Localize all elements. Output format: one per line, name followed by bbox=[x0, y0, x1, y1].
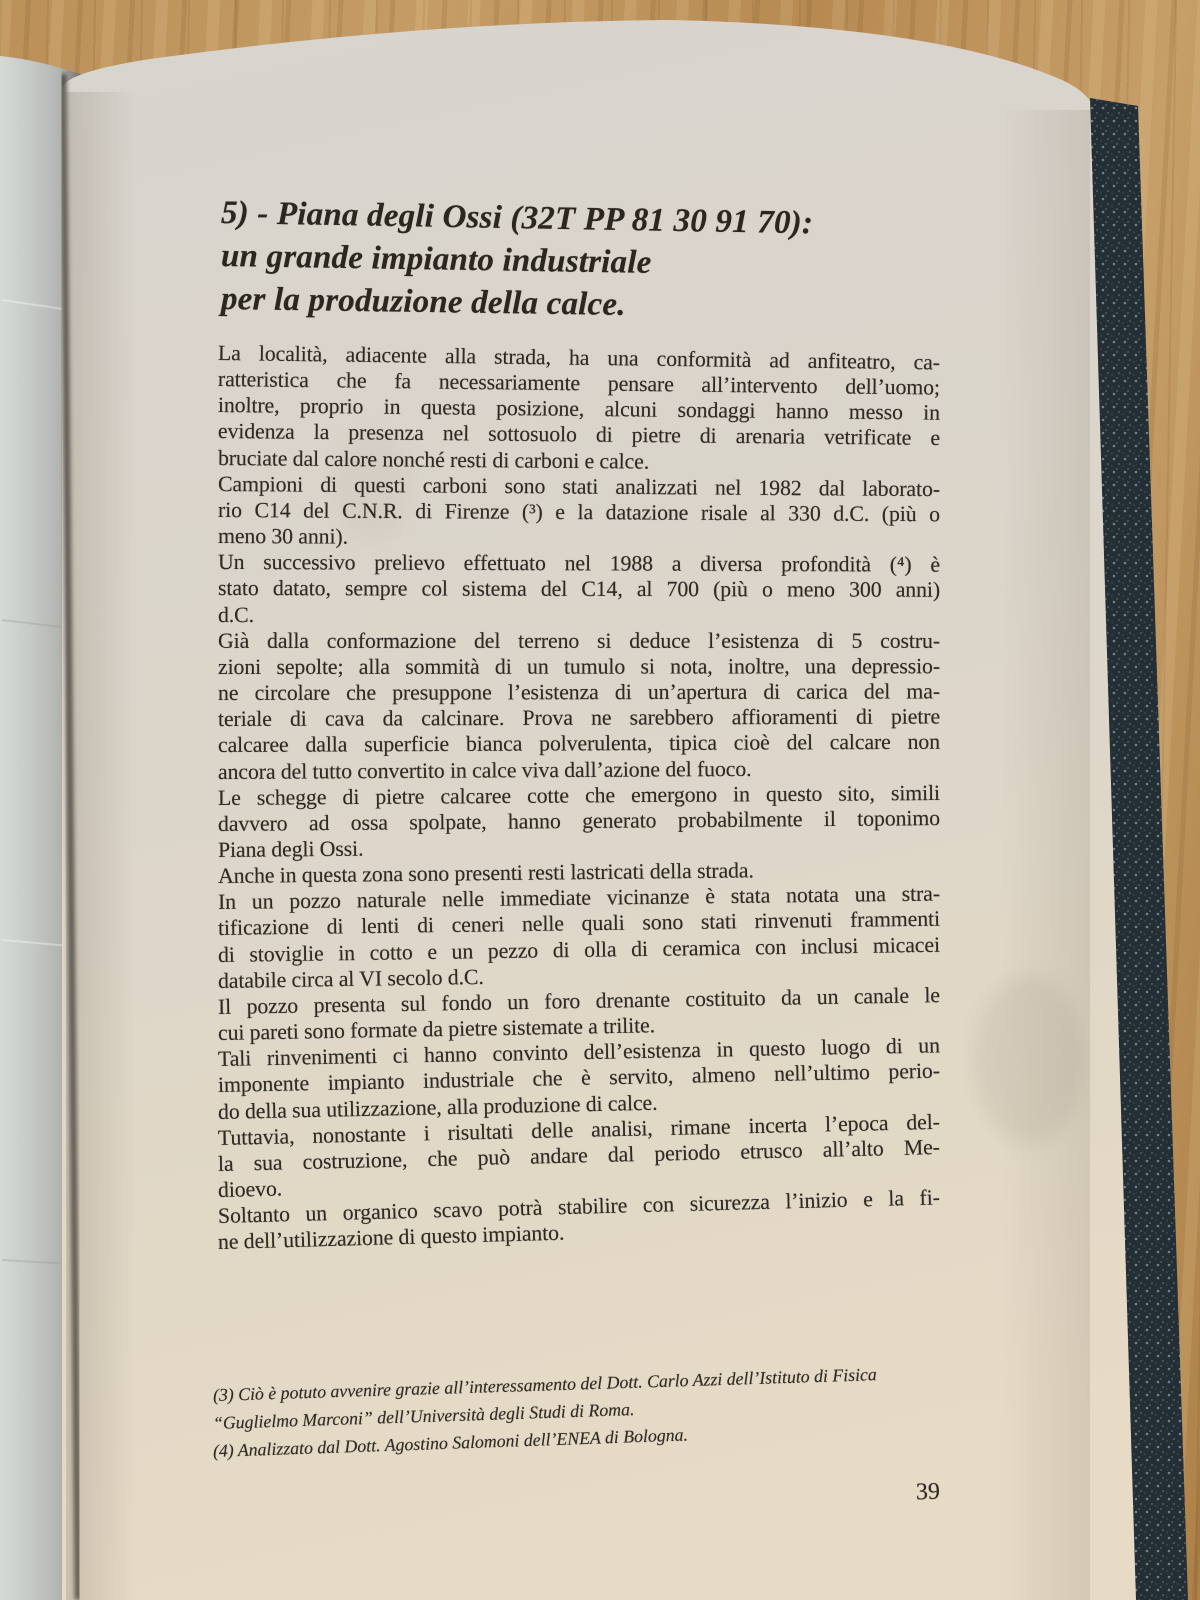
body-paragraph: In un pozzo naturale nelle immediate vic… bbox=[218, 889, 940, 994]
text-line: teriale di cava da calcinare. Prova ne s… bbox=[218, 704, 940, 733]
footnotes: (3) Ciò è potuto avvenire grazie all’int… bbox=[213, 1381, 953, 1465]
book-photo: 5) - Piana degli Ossi (32T PP 81 30 91 7… bbox=[0, 0, 1200, 1600]
body-paragraph: Campioni di questi carboni sono stati an… bbox=[218, 471, 940, 549]
body-paragraph: La località, adiacente alla strada, ha u… bbox=[218, 340, 940, 471]
section-title: 5) - Piana degli Ossi (32T PP 81 30 91 7… bbox=[221, 192, 966, 321]
text-line: Un successivo prelievo effettuato nel 19… bbox=[218, 549, 940, 578]
body-text: La località, adiacente alla strada, ha u… bbox=[218, 340, 940, 1255]
body-paragraph: Soltanto un organico scavo potrà stabili… bbox=[218, 1203, 940, 1255]
text-line: d.C. bbox=[218, 602, 940, 629]
body-paragraph: Già dalla conformazione del terreno si d… bbox=[218, 628, 940, 785]
text-line: calcaree dalla superficie bianca polveru… bbox=[218, 729, 940, 758]
text-line: Già dalla conformazione del terreno si d… bbox=[218, 628, 940, 654]
text-line: ne circolare che presuppone l’esistenza … bbox=[218, 678, 940, 706]
page-number: 39 bbox=[916, 1479, 941, 1507]
text-line: meno 30 anni). bbox=[218, 523, 940, 553]
text-line: stato datato, sempre col sistema del C14… bbox=[218, 575, 940, 603]
body-paragraph: Un successivo prelievo effettuato nel 19… bbox=[218, 549, 940, 627]
body-paragraph: Le schegge di pietre calcaree cotte che … bbox=[218, 785, 940, 863]
text-line: zioni sepolte; alla sommità di un tumulo… bbox=[218, 653, 940, 680]
page-content: 5) - Piana degli Ossi (32T PP 81 30 91 7… bbox=[0, 0, 1200, 1600]
